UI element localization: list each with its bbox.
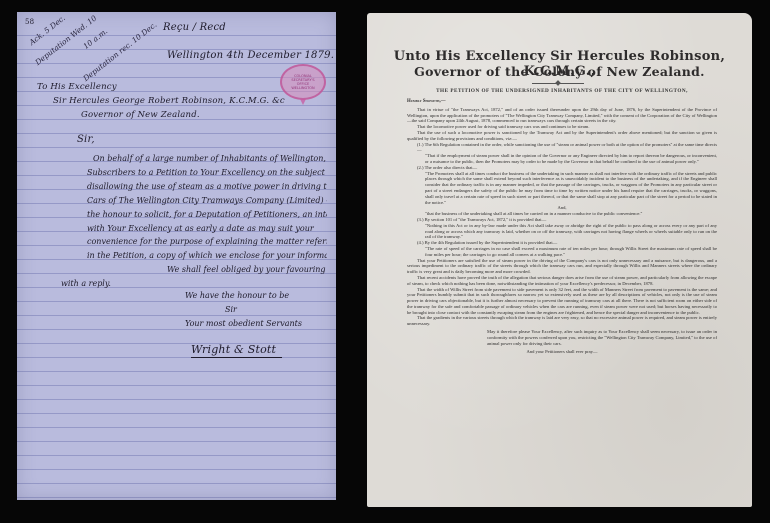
paragraph: That in virtue of "the Tramways Act, 187… [407, 107, 717, 124]
body-line: On behalf of a large number of Inhabitan… [87, 152, 327, 166]
petition-subtitle: THE PETITION OF THE UNDERSIGNED INHABITA… [407, 88, 717, 94]
handwritten-letter: 58 Ack. 5 Dec. Deputation Wed. 10 10 a.m… [17, 12, 336, 500]
letter-closing: We have the honour to be Sir Your most o… [185, 289, 302, 331]
closing-line: Sir [185, 303, 302, 317]
petition-greeting: Humbly Showeth,— [407, 99, 717, 105]
ornamental-rule [532, 83, 584, 84]
salutation: Sir, [77, 134, 95, 145]
petition-body: Humbly Showeth,— That in virtue of "the … [407, 99, 717, 355]
address-line: Sir Hercules George Robert Robinson, K.C… [53, 96, 285, 106]
folio-number: 58 [25, 18, 34, 26]
petition-prayer: May it therefore please Your Excellency,… [407, 329, 717, 346]
closing-line: We have the honour to be [185, 289, 302, 303]
body-line: We shall feel obliged by your favouring … [87, 263, 327, 277]
body-line: in the Petition, a copy of which we encl… [87, 249, 327, 263]
quoted-provision: "The Promoters shall at all times conduc… [407, 171, 717, 206]
paragraph: That your Petitioners are satisfied the … [407, 258, 717, 275]
numbered-item: (1.) The 6th Regulation contained in the… [407, 142, 717, 154]
letter-heading: Reçu / Recd [163, 22, 226, 33]
body-line: convenience for the purpose of explainin… [87, 235, 327, 249]
paragraph: That the gradients in the various street… [407, 315, 717, 327]
signature: Wright & Stott [191, 343, 282, 358]
body-line: Cars of The Wellington City Tramways Com… [87, 194, 327, 208]
address-line: To His Excellency [37, 82, 117, 92]
petition-title-line2: Governor of the Colony of New Zealand. [367, 64, 752, 79]
quoted-provision: "That if the employment of steam power s… [407, 153, 717, 165]
letter-date: Wellington 4th December 1879. [167, 50, 334, 61]
address-line: Governor of New Zealand. [81, 110, 200, 120]
quoted-provision: "Nothing in this Act or in any by-law ma… [407, 223, 717, 240]
printed-petition: Unto His Excellency Sir Hercules Robinso… [367, 13, 752, 507]
quoted-provision: "The rate of speed of the carriages in n… [407, 246, 717, 258]
closing-line: Your most obedient Servants [185, 317, 302, 331]
margin-annotation: Deputation rec. 10 Dec. [81, 20, 158, 83]
letter-body: On behalf of a large number of Inhabitan… [87, 152, 327, 291]
stamp-text: WELLINGTON [291, 86, 314, 90]
body-line: with Your Excellency at as early a date … [87, 222, 327, 236]
paragraph: That recent accidents have proved the tr… [407, 275, 717, 287]
body-line: Subscribers to a Petition to Your Excell… [87, 166, 327, 180]
paragraph: That the width of Willis Street from sid… [407, 287, 717, 316]
body-line: disallowing the use of steam as a motive… [87, 180, 327, 194]
petition-close: And your Petitioners shall ever pray— [407, 349, 717, 355]
body-line: the honour to solicit, for a Deputation … [87, 208, 327, 222]
received-stamp: COLONIAL SECRETARY'S OFFICE WELLINGTON [280, 64, 326, 100]
paragraph: That the use of such a locomotive power … [407, 130, 717, 142]
